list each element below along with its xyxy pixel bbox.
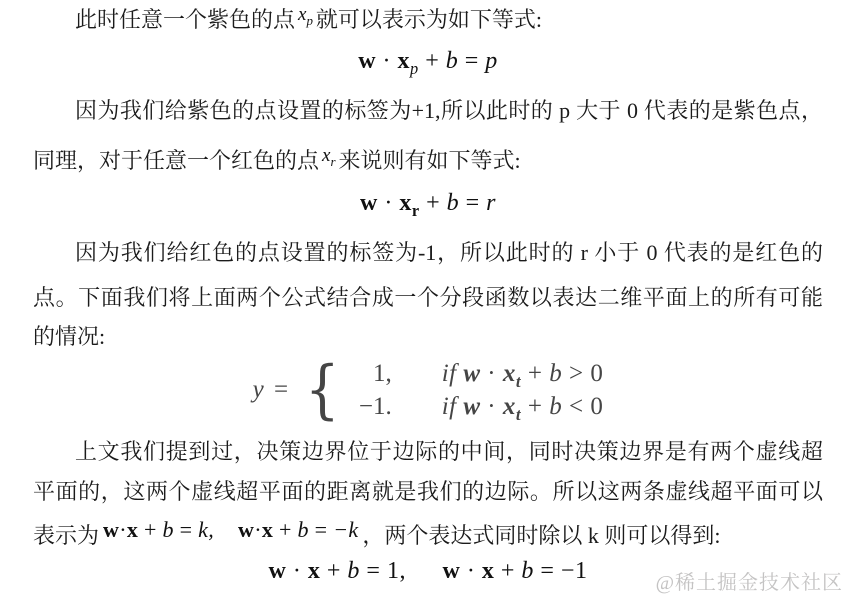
math-w: w [463,360,480,387]
math-b: b [347,558,360,584]
paragraph-4-text-after: ，两个表达式同时除以 k 则可以得到: [362,523,720,548]
paragraph-2-text-after: 来说则有如下等式: [338,148,520,173]
formula-purple-point: w · xp + b = p [33,48,823,75]
math-sub-p: p [306,13,312,28]
math-equals: = [466,190,480,216]
math-sub-r: r [412,201,420,220]
paragraph-1-line-1: 此时任意一个紫色的点xp就可以表示为如下等式: [33,5,823,37]
math-equals: = [540,558,554,584]
piecewise-condition-2: if w · xt + b < 0 [442,393,604,421]
math-plus: + [528,360,543,387]
math-x: x [262,517,273,542]
math-sub-p: p [410,59,419,78]
math-plus: + [528,393,543,420]
paragraph-3-line-2: 点。下面我们将上面两个公式结合成一个分段函数以表达二维平面上的所有可能 [33,283,823,313]
math-dot-operator: · [254,517,262,542]
inline-formula-xp: xp [298,4,313,25]
watermark: @稀土掘金技术社区 [656,566,843,595]
math-equals: = [180,517,193,542]
paragraph-2-line-2: 同理，对于任意一个红色的点xr来说则有如下等式: [33,146,823,178]
math-b: b [447,190,460,216]
paragraph-1-text-after: 就可以表示为如下等式: [316,7,542,32]
math-plus: + [426,190,440,216]
curly-brace: { [305,358,340,422]
math-x: x [399,190,412,216]
formula-red-point: w · xr + b = r [33,190,823,217]
math-b: b [549,360,562,387]
inline-formula-wxbk: w·x + b = k,w·x + b = −k [103,517,358,542]
paragraph-4-line-2: 平面的，这两个虚线超平面的距离就是我们的边际。所以这两条虚线超平面可以 [33,477,823,507]
piecewise-cases: 1, if w · xt + b > 0 −1. if w · xt + b <… [359,360,603,421]
math-equals: = [315,517,328,542]
math-b: b [446,48,459,74]
math-y: y [253,376,266,403]
math-sub-t: t [516,372,521,391]
math-dot-operator: · [384,190,393,216]
paragraph-2-line-1: 因为我们给紫色的点设置的标签为+1,所以此时的 p 大于 0 代表的是紫色点， [33,96,823,126]
paragraph-1-text-before: 此时任意一个紫色的点 [75,7,295,32]
document-page: 此时任意一个紫色的点xp就可以表示为如下等式: w · xp + b = p 因… [0,0,857,597]
math-x: x [482,558,495,584]
math-dot-operator: · [119,517,127,542]
math-dot-operator: · [467,558,476,584]
math-dot-operator: · [293,558,302,584]
math-one: 1, [387,558,406,584]
math-w: w [442,558,460,584]
math-equals: = [274,376,290,403]
math-w: w [463,393,480,420]
math-sub-t: t [516,405,521,424]
math-x: x [503,360,516,387]
math-w: w [238,517,254,542]
math-sub-r: r [330,154,335,169]
paragraph-3-line-1: 因为我们给红色的点设置的标签为-1，所以此时的 r 小于 0 代表的是红色的 [33,238,823,268]
math-dot-operator: · [383,48,392,74]
math-x: x [503,393,516,420]
math-b: b [521,558,534,584]
math-x: x [127,517,138,542]
math-plus: + [501,558,515,584]
piecewise-lhs: y = [253,376,290,404]
math-minus-k: −k [333,517,358,542]
piecewise-value-2: −1. [359,393,392,421]
math-b: b [549,393,562,420]
piecewise-formula: y = { 1, if w · xt + b > 0 −1. if w · xt… [33,352,823,428]
paragraph-2-text-before: 同理，对于任意一个红色的点 [33,148,319,173]
math-equals: = [465,48,479,74]
piecewise-condition-1: if w · xt + b > 0 [442,360,604,388]
piecewise-value-1: 1, [359,360,392,388]
math-plus: + [144,517,157,542]
math-k: k, [198,517,214,542]
math-comparison: < 0 [569,393,603,420]
math-dot-operator: · [487,393,496,420]
math-plus: + [327,558,341,584]
math-x: x [398,48,411,74]
math-if: if [442,360,457,387]
math-x: x [308,558,321,584]
math-plus: + [279,517,292,542]
math-w: w [360,190,378,216]
math-b: b [298,517,309,542]
inline-formula-xr: xr [322,145,335,166]
math-equals: = [366,558,380,584]
math-plus: + [425,48,439,74]
math-dot-operator: · [487,360,496,387]
math-r: r [486,190,496,216]
math-w: w [103,517,119,542]
math-comparison: > 0 [569,360,603,387]
paragraph-3-line-3: 的情况: [33,322,823,352]
paragraph-4-line-3: 表示为w·x + b = k,w·x + b = −k，两个表达式同时除以 k … [33,521,823,551]
math-minus-one: −1 [561,558,588,584]
paragraph-4-text-before: 表示为 [33,523,99,548]
math-w: w [269,558,287,584]
math-w: w [358,48,376,74]
math-if: if [442,393,457,420]
math-p: p [485,48,498,74]
math-b: b [163,517,174,542]
paragraph-4-line-1: 上文我们提到过，决策边界位于边际的中间，同时决策边界是有两个虚线超 [33,437,823,467]
